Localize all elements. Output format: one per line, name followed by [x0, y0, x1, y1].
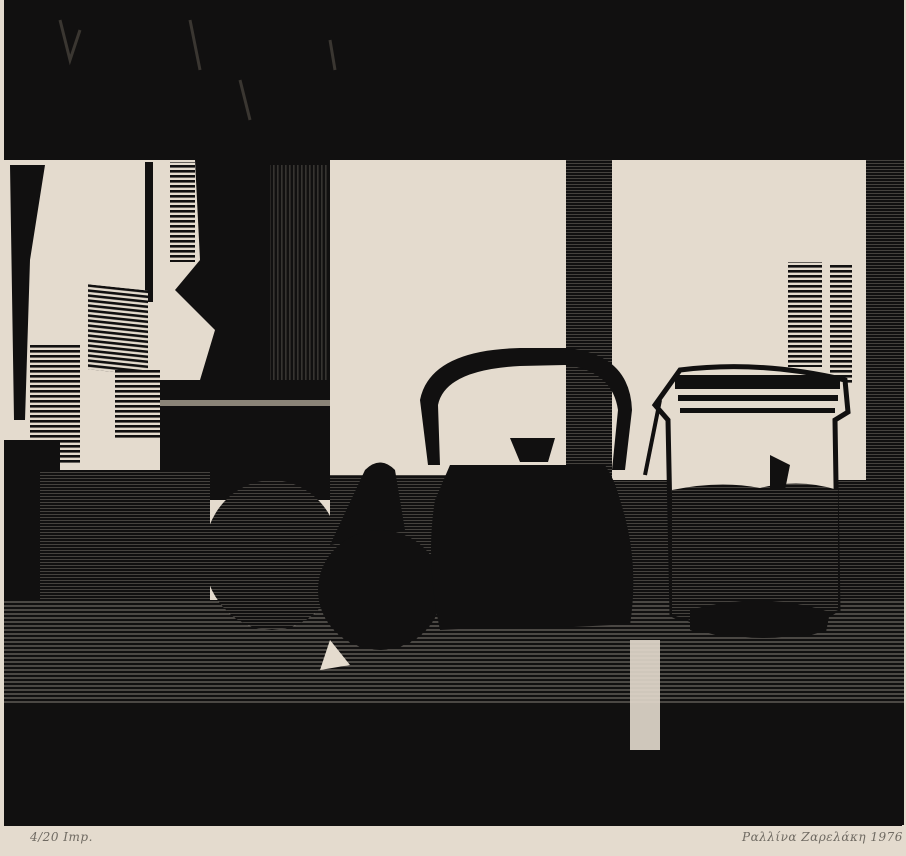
print-bottom-edge	[4, 822, 902, 826]
woodcut-print	[0, 0, 906, 856]
edition-number: 4/20 Imp.	[30, 830, 93, 844]
artist-signature: Ραλλίνα Ζαρελάκη 1976	[742, 830, 903, 844]
window-mullion	[566, 160, 612, 490]
top-dark-band	[4, 0, 904, 160]
glass-jar	[645, 367, 848, 638]
round-teapot	[204, 480, 340, 630]
